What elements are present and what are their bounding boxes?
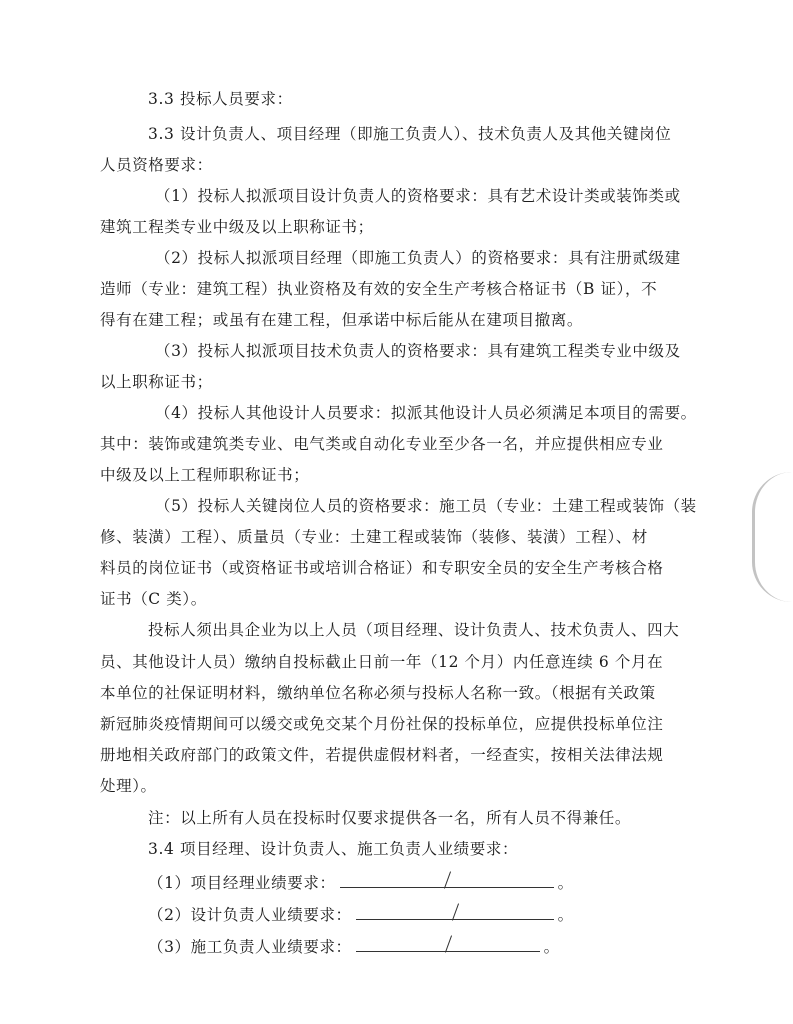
item-4-line-3: 中级及以上工程师职称证书；: [100, 465, 309, 485]
performance-item-3-end: 。: [544, 938, 560, 956]
slash-mark: [452, 903, 459, 920]
social-security-line-4: 新冠肺炎疫情期间可以缓交或免交某个月份社保的投标单位，应提供投标单位注: [100, 714, 664, 734]
item-3-line-2: 以上职称证书；: [100, 372, 213, 392]
performance-item-3-label: （3）施工负责人业绩要求：: [148, 938, 352, 956]
item-2-line-3: 得有在建工程；或虽有在建工程，但承诺中标后能从在建项目撤离。: [100, 310, 583, 330]
social-security-line-1: 投标人须出具企业为以上人员（项目经理、设计负责人、技术负责人、四大: [148, 620, 679, 640]
intro-line-1: 3.3 设计负责人、项目经理（即施工负责人）、技术负责人及其他关键岗位: [148, 124, 708, 144]
section-heading-3-3: 3.3 投标人员要求：: [148, 89, 293, 109]
section-heading-3-4: 3.4 项目经理、设计负责人、施工负责人业绩要求：: [148, 839, 518, 859]
slash-mark: [445, 935, 452, 952]
note: 注：以上所有人员在投标时仅要求提供各一名，所有人员不得兼任。: [148, 808, 631, 828]
performance-item-2-blank: [356, 903, 554, 920]
item-4-line-1: （4）投标人其他设计人员要求：拟派其他设计人员必须满足本项目的需要。: [155, 403, 697, 423]
item-1-line-2: 建筑工程类专业中级及以上职称证书；: [100, 217, 374, 237]
item-5-line-2: 修、装潢）工程）、质量员（专业：土建工程或装饰（装修、装潢）工程）、材: [100, 527, 648, 547]
performance-item-1-end: 。: [558, 874, 574, 892]
performance-item-1: （1）项目经理业绩要求：。: [148, 871, 574, 893]
social-security-line-6: 处理）。: [100, 776, 157, 796]
item-5-line-4: 证书（C 类）。: [100, 589, 207, 609]
item-3-line-1: （3）投标人拟派项目技术负责人的资格要求：具有建筑工程类专业中级及: [155, 341, 681, 361]
item-2-line-2: 造师（专业：建筑工程）执业资格及有效的安全生产考核合格证书（B 证），不: [100, 279, 657, 299]
intro-line-2: 人员资格要求：: [100, 155, 213, 175]
slash-mark: [444, 871, 451, 888]
social-security-line-5: 册地相关政府部门的政策文件，若提供虚假材料者，一经查实，按相关法律法规: [100, 745, 664, 765]
social-security-line-2: 员、其他设计人员）缴纳自投标截止日前一年（12 个月）内任意连续 6 个月在: [100, 652, 663, 672]
item-1-line-1: （1）投标人拟派项目设计负责人的资格要求：具有艺术设计类或装饰类或: [155, 186, 681, 206]
performance-item-3-blank: [356, 935, 540, 952]
performance-item-2: （2）设计负责人业绩要求：。: [148, 903, 574, 925]
performance-item-3: （3）施工负责人业绩要求：。: [148, 935, 560, 957]
performance-item-1-label: （1）项目经理业绩要求：: [148, 874, 336, 892]
item-5-line-1: （5）投标人关键岗位人员的资格要求：施工员（专业：土建工程或装饰（装: [155, 496, 697, 516]
item-5-line-3: 料员的岗位证书（或资格证书或培训合格证）和专职安全员的安全生产考核合格: [100, 558, 664, 578]
item-4-line-2: 其中：装饰或建筑类专业、电气类或自动化专业至少各一名，并应提供相应专业: [100, 434, 664, 454]
performance-item-1-blank: [340, 871, 554, 888]
performance-item-2-end: 。: [558, 906, 574, 924]
social-security-line-3: 本单位的社保证明材料，缴纳单位名称必须与投标人名称一致。（根据有关政策: [100, 683, 656, 703]
document-page: 3.3 投标人员要求： 3.3 设计负责人、项目经理（即施工负责人）、技术负责人…: [0, 0, 793, 1024]
performance-item-2-label: （2）设计负责人业绩要求：: [148, 906, 352, 924]
item-2-line-1: （2）投标人拟派项目经理（即施工负责人）的资格要求：具有注册贰级建: [155, 248, 681, 268]
partial-seal-stamp: [752, 472, 793, 602]
